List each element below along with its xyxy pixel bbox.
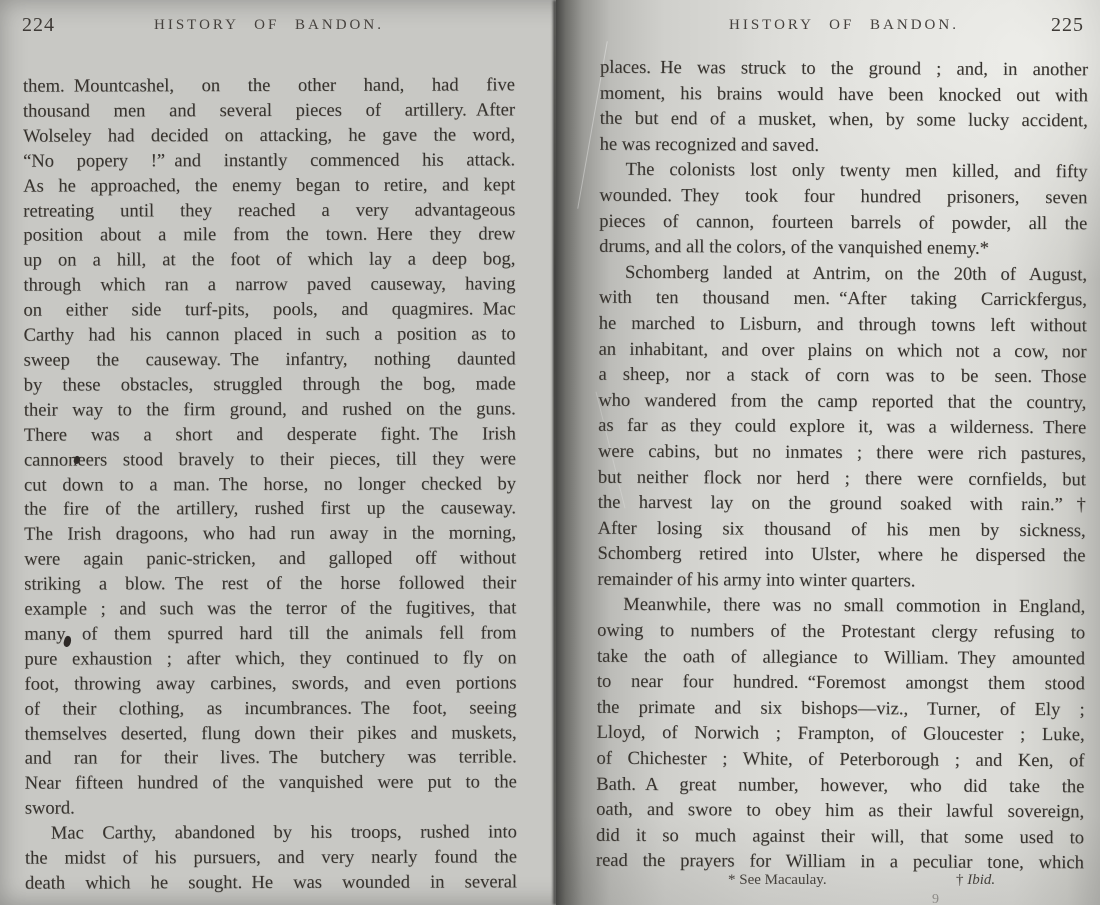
text-line: were again panic-stricken, and galloped … — [24, 547, 516, 573]
text-line: who wandered from the camp reported that… — [598, 388, 1086, 416]
text-line: their way to the firm ground, and rushed… — [24, 397, 516, 423]
text-line: the but end of a musket, when, by some l… — [600, 107, 1088, 135]
footnote-ibid: † Ibid. — [956, 872, 995, 889]
running-head-right: HISTORY OF BANDON. — [598, 17, 1090, 34]
text-line: the midst of his pursuers, and very near… — [25, 845, 517, 871]
text-line: death which he sought. He was wounded in… — [25, 870, 517, 896]
text-line: a sheep, nor a stack of corn was to be s… — [598, 363, 1086, 391]
text-line: and ran for their lives. The butchery wa… — [25, 746, 517, 772]
text-line: cannoneers stood bravely to their pieces… — [24, 447, 516, 473]
text-line: pure exhaustion ; after which, they cont… — [24, 646, 516, 672]
text-line: foot, throwing away carbines, swords, an… — [24, 671, 516, 697]
text-line: Meanwhile, there was no small commotion … — [597, 593, 1085, 621]
text-line: up on a hill, at the foot of which lay a… — [23, 248, 515, 274]
text-line: oath, and swore to obey him as their law… — [596, 798, 1084, 826]
page-right-header: HISTORY OF BANDON. 225 — [598, 14, 1090, 40]
text-line: did it so much against their will, that … — [596, 824, 1084, 852]
page-right: HISTORY OF BANDON. 225 places. He was st… — [556, 0, 1100, 905]
text-line: Near fifteen hundred of the vanquished w… — [25, 771, 517, 797]
text-line: themselves deserted, flung down their pi… — [25, 721, 517, 747]
text-line: he marched to Lisburn, and through towns… — [599, 312, 1087, 340]
text-line: position about a mile from the town. Her… — [23, 223, 515, 249]
text-line: but neither flock nor herd ; there were … — [598, 465, 1086, 493]
text-line: After losing six thousand of his men by … — [598, 516, 1086, 544]
text-line: to near four hundred. “Foremost amongst … — [597, 670, 1085, 698]
text-line: many of them spurred hard till the anima… — [24, 621, 516, 647]
text-line: with ten thousand men. “After taking Car… — [599, 286, 1087, 314]
text-line: drums, and all the colors, of the vanqui… — [599, 235, 1087, 263]
page-left-text: them. Mountcashel, on the other hand, ha… — [23, 73, 517, 896]
book-scan: 224 HISTORY OF BANDON. them. Mountcashel… — [0, 0, 1100, 905]
text-line: by these obstacles, struggled through th… — [24, 372, 516, 398]
text-line: he was recognized and saved. — [600, 133, 1088, 161]
page-left-header: 224 HISTORY OF BANDON. — [22, 14, 516, 40]
text-line: The Irish dragoons, who had run away in … — [24, 522, 516, 548]
page-left: 224 HISTORY OF BANDON. them. Mountcashel… — [0, 0, 556, 905]
text-line: Lloyd, of Norwich ; Frampton, of Glouces… — [597, 721, 1085, 749]
text-line: remainder of his army into winter quarte… — [597, 568, 1085, 596]
text-line: The colonists lost only twenty men kille… — [599, 158, 1087, 186]
text-line: sword. — [25, 796, 517, 822]
text-line: take the oath of allegiance to William. … — [597, 644, 1085, 672]
text-line: Schomberg landed at Antrim, on the 20th … — [599, 260, 1087, 288]
text-line: places. He was struck to the ground ; an… — [600, 56, 1088, 84]
text-line: owing to numbers of the Protestant clerg… — [597, 619, 1085, 647]
text-line: on either side turf-pits, pools, and qua… — [24, 298, 516, 324]
page-number-right: 225 — [1051, 14, 1084, 37]
text-line: Bath. A great number, however, who did t… — [596, 772, 1084, 800]
signature-mark: 9 — [932, 892, 939, 905]
text-line: wounded. They took four hundred prisoner… — [599, 184, 1087, 212]
text-line: “No popery !” and instantly commenced hi… — [23, 148, 515, 174]
text-line: them. Mountcashel, on the other hand, ha… — [23, 73, 515, 99]
text-line: through which ran a narrow paved causewa… — [23, 273, 515, 299]
text-line: pieces of cannon, fourteen barrels of po… — [599, 209, 1087, 237]
text-line: read the prayers for William in a peculi… — [596, 849, 1084, 877]
text-line: example ; and such was the terror of the… — [24, 596, 516, 622]
text-line: sweep the causeway. The infantry, nothin… — [24, 347, 516, 373]
text-line: an inhabitant, and over plains on which … — [599, 337, 1087, 365]
text-line: There was a short and desperate fight. T… — [24, 422, 516, 448]
text-line: of Chichester ; White, of Peterborough ;… — [596, 747, 1084, 775]
text-line: were cabins, but no inmates ; there were… — [598, 440, 1086, 468]
footnote-dagger-marker: † — [956, 872, 964, 888]
text-line: striking a blow. The rest of the horse f… — [24, 571, 516, 597]
text-line: retreating until they reached a very adv… — [23, 198, 515, 224]
page-right-text: places. He was struck to the ground ; an… — [596, 56, 1088, 878]
text-line: Wolseley had decided on attacking, he ga… — [23, 123, 515, 149]
text-line: cut down to a man. The horse, no longer … — [24, 472, 516, 498]
text-line: Mac Carthy, abandoned by his troops, rus… — [25, 821, 517, 847]
text-line: as far as they could explore it, was a w… — [598, 414, 1086, 442]
footnote-macaulay: * See Macaulay. — [728, 872, 827, 889]
footnote-ibid-text: Ibid. — [967, 872, 995, 888]
text-line: moment, his brains would have been knock… — [600, 81, 1088, 109]
text-line: Schomberg retired into Ulster, where he … — [597, 542, 1085, 570]
text-line: the primate and six bishops—viz., Turner… — [597, 696, 1085, 724]
text-line: the harvest lay on the ground soaked wit… — [598, 491, 1086, 519]
text-line: of their clothing, as incumbrances. The … — [25, 696, 517, 722]
running-head-left: HISTORY OF BANDON. — [22, 17, 516, 34]
text-line: thousand men and several pieces of artil… — [23, 98, 515, 124]
text-line: As he approached, the enemy began to ret… — [23, 173, 515, 199]
text-line: Carthy had his cannon placed in such a p… — [24, 322, 516, 348]
text-line: the fire of the artillery, rushed first … — [24, 497, 516, 523]
